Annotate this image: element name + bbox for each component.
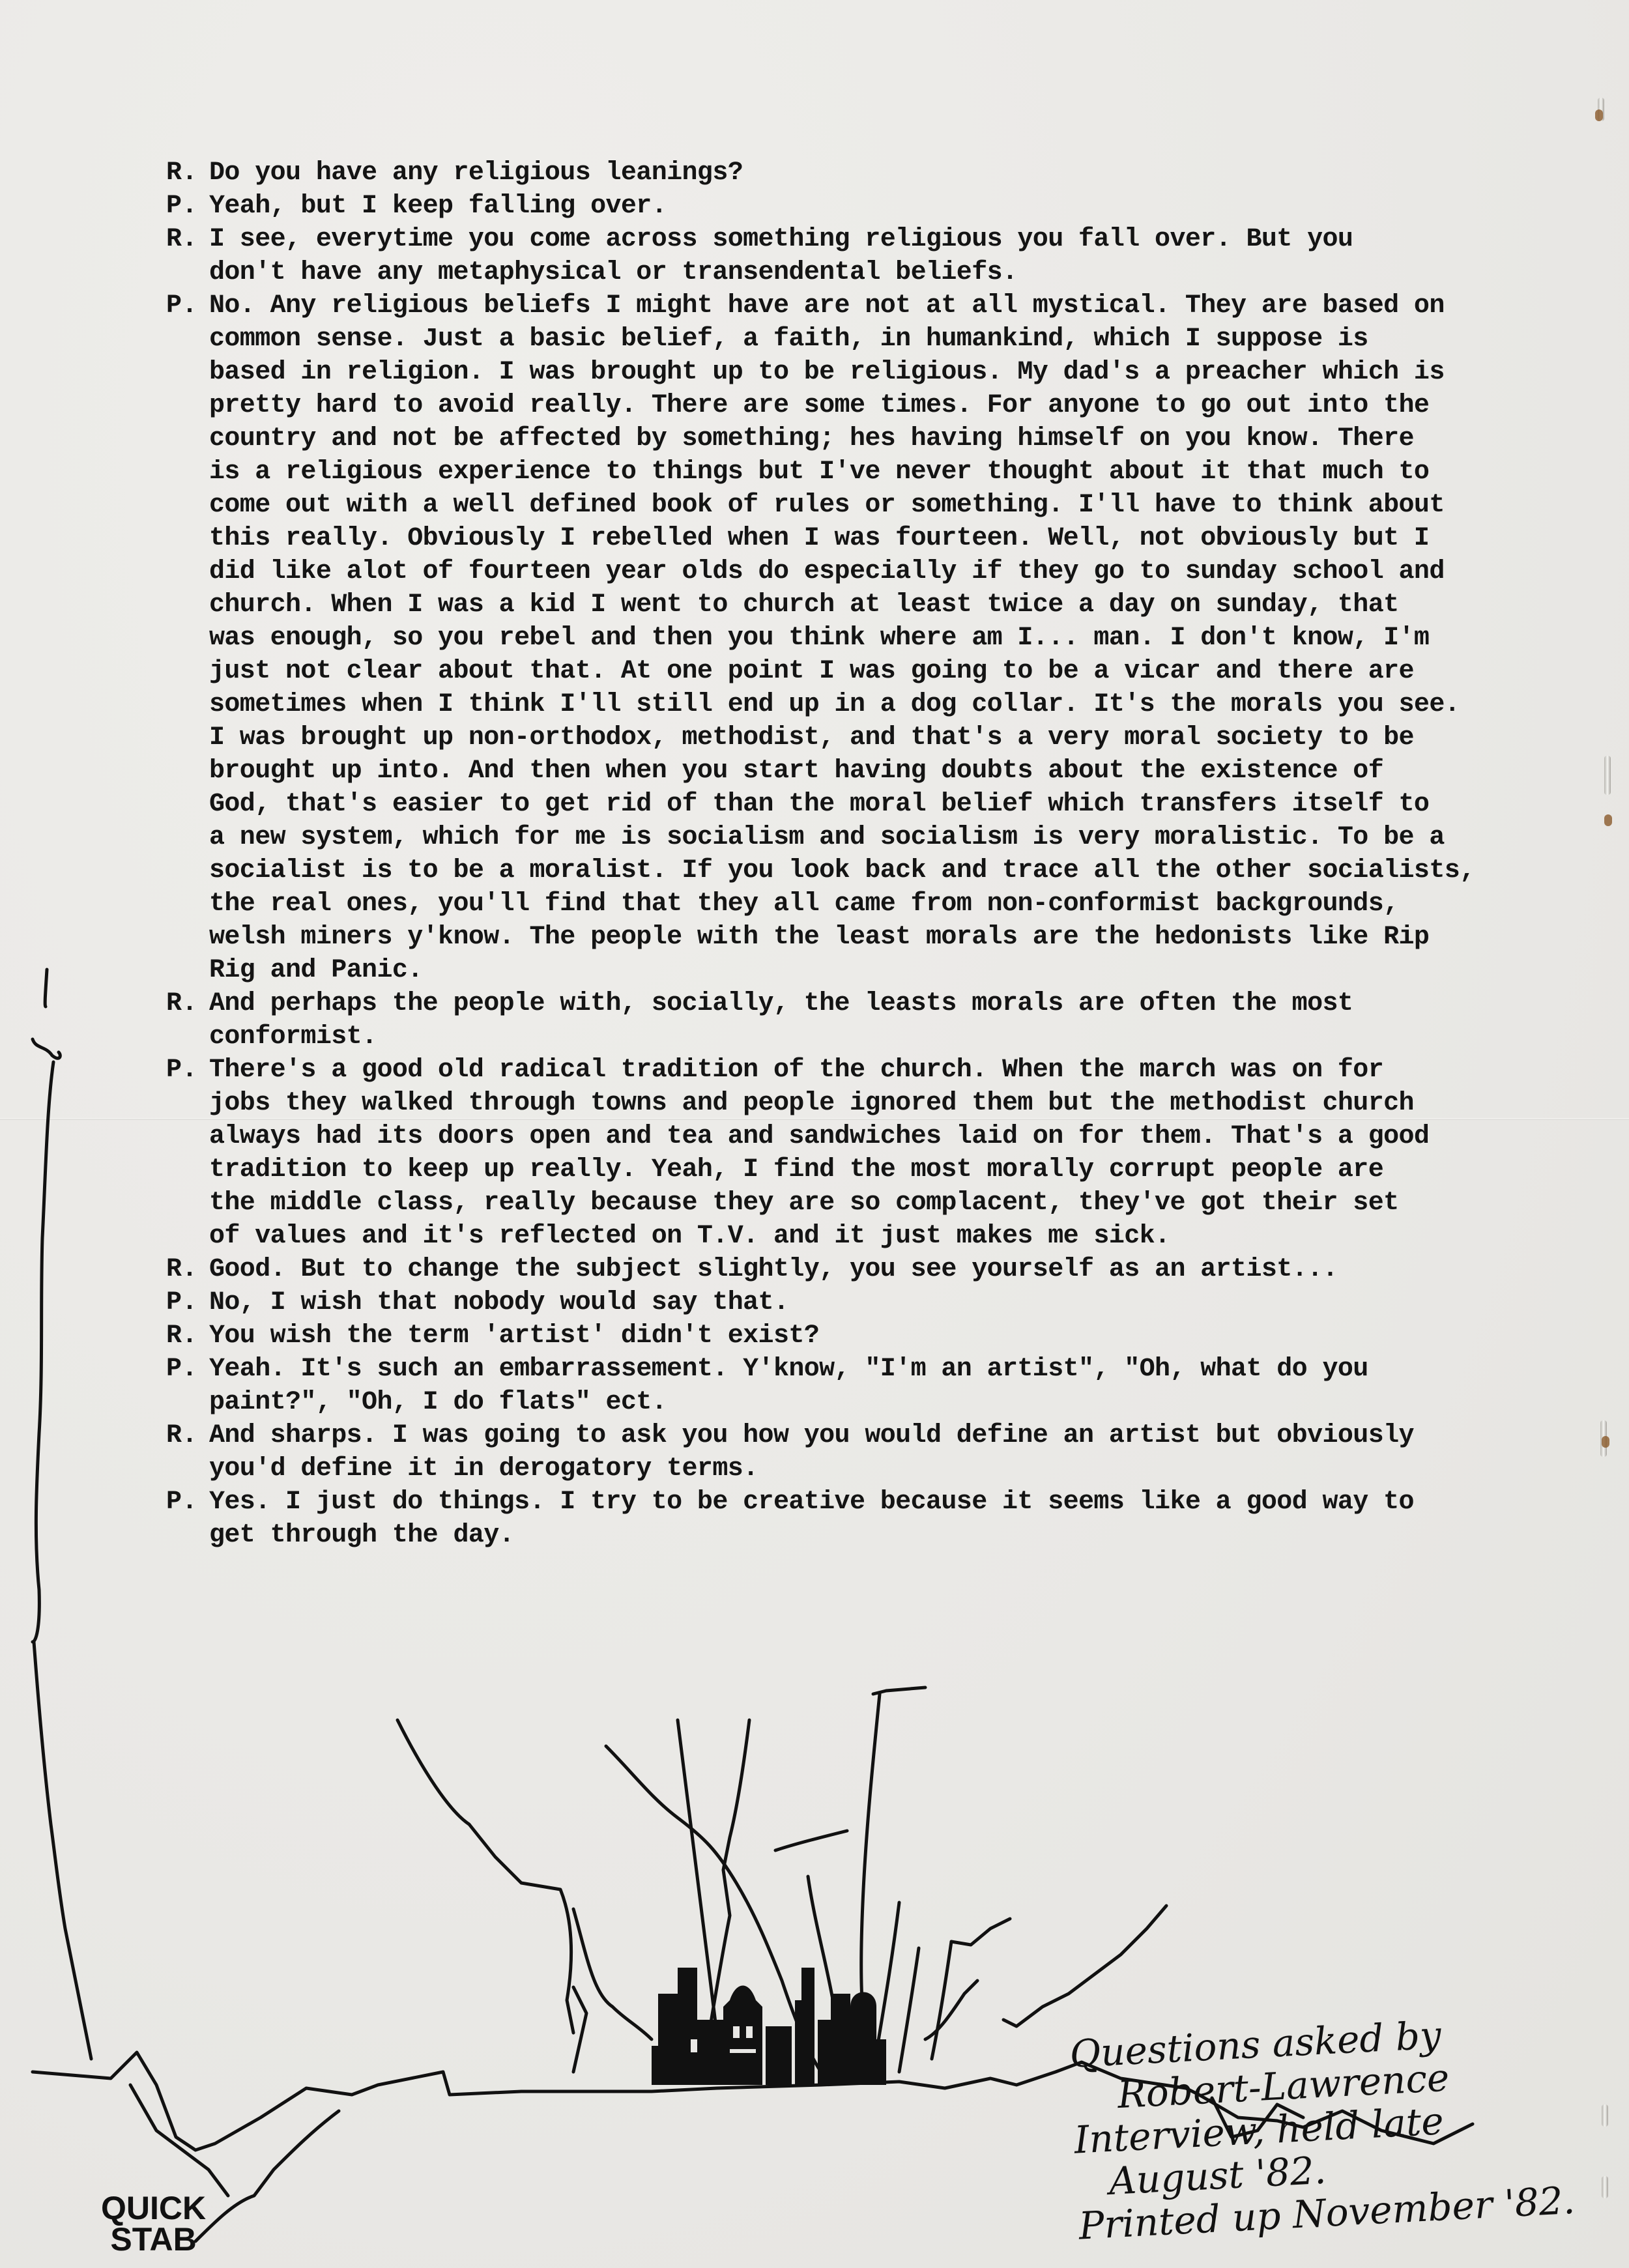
ink-illustration (0, 0, 1629, 2268)
quick-stab-logo: QUICK STAB (101, 2192, 206, 2255)
logo-line-2: STAB (101, 2224, 206, 2255)
handwritten-note: Questions asked by Robert-Lawrence Inter… (1069, 2005, 1613, 2247)
logo-line-1: QUICK (101, 2192, 206, 2224)
